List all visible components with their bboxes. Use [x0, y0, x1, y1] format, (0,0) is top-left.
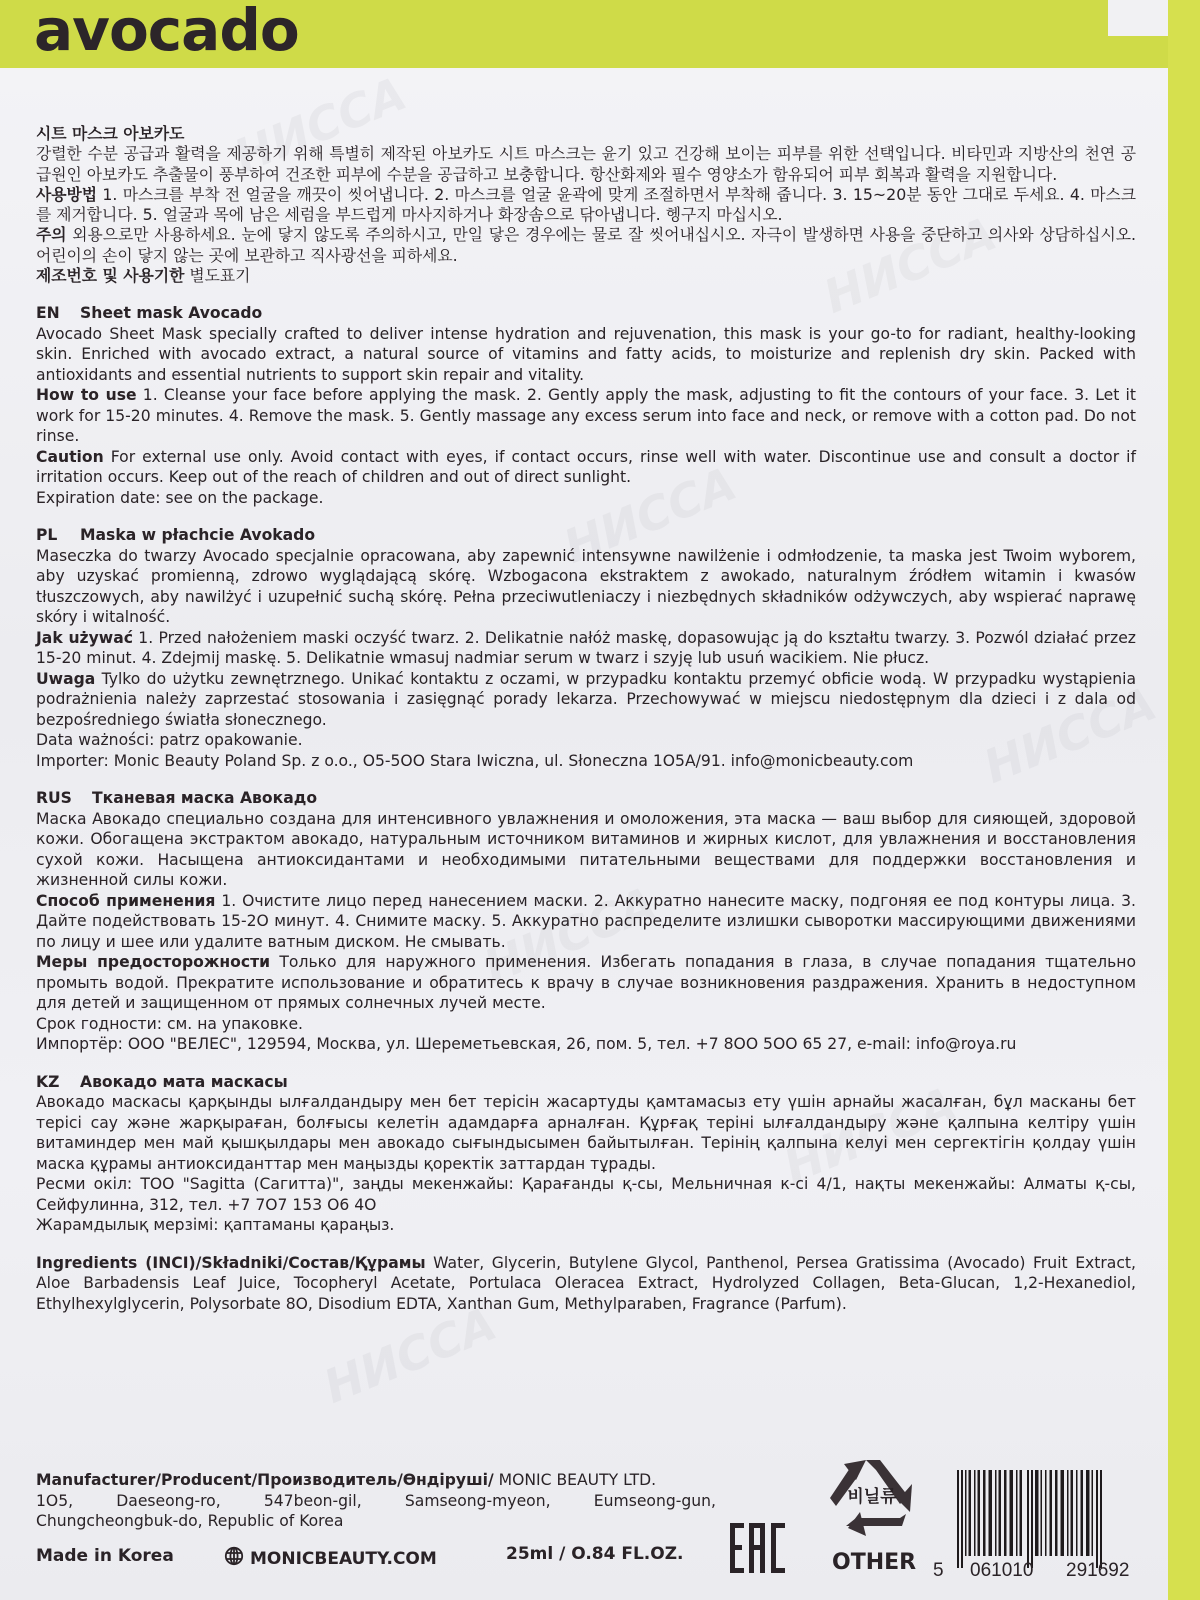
- russian-caution-label: Меры предосторожности: [36, 953, 270, 971]
- english-caution-label: Caution: [36, 448, 104, 466]
- russian-importer: Импортёр: ООО "ВЕЛЕС", 129594, Москва, у…: [36, 1034, 1136, 1055]
- kazakh-representative: Ресми окіл: ТОО "Sagitta (Сагитта)", заң…: [36, 1174, 1136, 1215]
- website-text: MONICBEAUTY.COM: [250, 1549, 437, 1569]
- product-title: avocado: [34, 0, 299, 64]
- lang-code: EN: [36, 303, 80, 324]
- label-content: 시트 마스크 아보카도 강렬한 수분 공급과 활력을 제공하기 위해 특별히 제…: [36, 124, 1136, 1331]
- section-english: ENSheet mask Avocado Avocado Sheet Mask …: [36, 303, 1136, 508]
- lang-code: KZ: [36, 1072, 80, 1093]
- english-caution-text: For external use only. Avoid contact wit…: [36, 448, 1136, 487]
- polish-importer: Importer: Monic Beauty Poland Sp. z o.o.…: [36, 751, 1136, 772]
- globe-icon: [224, 1546, 244, 1571]
- lang-code: RUS: [36, 788, 92, 809]
- address-part: 547beon-gil,: [264, 1491, 362, 1512]
- manufacturer-address: 1O5, Daeseong-ro, 547beon-gil, Samseong-…: [36, 1491, 716, 1512]
- section-russian: RUSТканевая маска Авокадо Маска Авокадо …: [36, 788, 1136, 1055]
- korean-batch-label: 제조번호 및 사용기한: [36, 266, 184, 285]
- manufacturer-label: Manufacturer/Producent/Производитель/Өнд…: [36, 1471, 494, 1489]
- address-part: Eumseong-gun,: [594, 1491, 716, 1512]
- lang-code: PL: [36, 525, 80, 546]
- english-description: Avocado Sheet Mask specially crafted to …: [36, 324, 1136, 386]
- polish-title: Maska w płachcie Avokado: [80, 526, 315, 544]
- russian-how-to-label: Способ применения: [36, 892, 215, 910]
- recycle-icon: 비닐류: [820, 1456, 920, 1546]
- korean-description: 강렬한 수분 공급과 활력을 제공하기 위해 특별히 제작된 아보카도 시트 마…: [36, 144, 1136, 185]
- polish-caution-text: Tylko do użytku zewnętrznego. Unikać kon…: [36, 670, 1136, 729]
- address-part: Samseong-myeon,: [405, 1491, 551, 1512]
- english-heading: ENSheet mask Avocado: [36, 303, 1136, 324]
- korean-batch: 제조번호 및 사용기한 별도표기: [36, 266, 1136, 286]
- english-expiry: Expiration date: see on the package.: [36, 488, 1136, 509]
- korean-how-to-text: 1. 마스크를 부착 전 얼굴을 깨끗이 씻어냅니다. 2. 마스크를 얼굴 윤…: [36, 185, 1136, 224]
- barcode-first-digit: 5: [933, 1560, 944, 1582]
- section-polish: PLMaska w płachcie Avokado Maseczka do t…: [36, 525, 1136, 771]
- russian-how-to: Способ применения 1. Очистите лицо перед…: [36, 891, 1136, 953]
- kazakh-title: Авокадо мата маскасы: [80, 1073, 288, 1091]
- english-how-to-label: How to use: [36, 386, 137, 404]
- polish-how-to-label: Jak używać: [36, 629, 133, 647]
- polish-description: Maseczka do twarzy Avocado specjalnie op…: [36, 546, 1136, 628]
- russian-description: Маска Авокадо специально создана для инт…: [36, 809, 1136, 891]
- polish-how-to: Jak używać 1. Przed nałożeniem maski ocz…: [36, 628, 1136, 669]
- kazakh-expiry: Жарамдылық мерзімі: қаптаманы қараңыз.: [36, 1215, 1136, 1236]
- address-part: 1O5,: [36, 1491, 73, 1512]
- recycle-korean: 비닐류: [847, 1486, 897, 1507]
- barcode-right-digits: 291692: [1066, 1560, 1129, 1582]
- kazakh-heading: KZАвокадо мата маскасы: [36, 1072, 1136, 1093]
- korean-batch-text: 별도표기: [184, 266, 250, 285]
- polish-caution-label: Uwaga: [36, 670, 95, 688]
- manufacturer-address-line2: Chungcheongbuk-do, Republic of Korea: [36, 1511, 716, 1532]
- russian-expiry: Срок годности: см. на упаковке.: [36, 1014, 1136, 1035]
- made-in: Made in Korea: [36, 1546, 174, 1566]
- ingredients: Ingredients (INCI)/Składniki/Состав/Құра…: [36, 1253, 1136, 1315]
- manufacturer-block: Manufacturer/Producent/Производитель/Өнд…: [36, 1470, 716, 1532]
- korean-caution-text: 외용으로만 사용하세요. 눈에 닿지 않도록 주의하시고, 만일 닿은 경우에는…: [36, 225, 1136, 264]
- polish-how-to-text: 1. Przed nałożeniem maski oczyść twarz. …: [36, 629, 1136, 668]
- manufacturer-name: MONIC BEAUTY LTD.: [494, 1471, 656, 1489]
- barcode-left-digits: 061010: [970, 1560, 1033, 1582]
- barcode: [945, 1470, 1155, 1568]
- recycle-label: OTHER: [832, 1550, 916, 1575]
- section-korean: 시트 마스크 아보카도 강렬한 수분 공급과 활력을 제공하기 위해 특별히 제…: [36, 124, 1136, 286]
- korean-how-to-label: 사용방법: [36, 185, 97, 204]
- korean-caution-label: 주의: [36, 225, 67, 244]
- section-ingredients: Ingredients (INCI)/Składniki/Состав/Құра…: [36, 1253, 1136, 1315]
- lime-border: [1168, 0, 1200, 1600]
- english-how-to: How to use 1. Cleanse your face before a…: [36, 385, 1136, 447]
- kazakh-description: Авокадо маскасы қарқынды ылғалдандыру ме…: [36, 1092, 1136, 1174]
- ingredients-label: Ingredients (INCI)/Składniki/Состав/Құра…: [36, 1254, 426, 1272]
- korean-heading: 시트 마스크 아보카도: [36, 124, 1136, 144]
- section-kazakh: KZАвокадо мата маскасы Авокадо маскасы қ…: [36, 1072, 1136, 1236]
- volume: 25ml / O.84 FL.OZ.: [506, 1544, 684, 1564]
- polish-caution: Uwaga Tylko do użytku zewnętrznego. Unik…: [36, 669, 1136, 731]
- address-part: Daeseong-ro,: [116, 1491, 220, 1512]
- eac-mark-icon: [730, 1523, 786, 1573]
- english-title: Sheet mask Avocado: [80, 304, 262, 322]
- polish-heading: PLMaska w płachcie Avokado: [36, 525, 1136, 546]
- polish-expiry: Data ważności: patrz opakowanie.: [36, 730, 1136, 751]
- website[interactable]: MONICBEAUTY.COM: [224, 1546, 437, 1571]
- russian-heading: RUSТканевая маска Авокадо: [36, 788, 1136, 809]
- english-caution: Caution For external use only. Avoid con…: [36, 447, 1136, 488]
- english-how-to-text: 1. Cleanse your face before applying the…: [36, 386, 1136, 445]
- top-white-tab: [1108, 0, 1168, 36]
- manufacturer-line: Manufacturer/Producent/Производитель/Өнд…: [36, 1470, 716, 1491]
- russian-title: Тканевая маска Авокадо: [92, 789, 317, 807]
- korean-caution: 주의 외용으로만 사용하세요. 눈에 닿지 않도록 주의하시고, 만일 닿은 경…: [36, 225, 1136, 266]
- russian-caution: Меры предосторожности Только для наружно…: [36, 952, 1136, 1014]
- korean-how-to: 사용방법 1. 마스크를 부착 전 얼굴을 깨끗이 씻어냅니다. 2. 마스크를…: [36, 185, 1136, 226]
